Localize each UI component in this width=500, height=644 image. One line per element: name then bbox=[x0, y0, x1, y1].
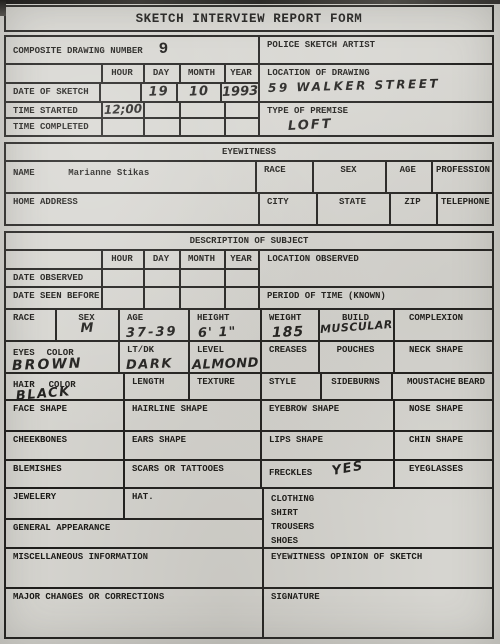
hairline-shape-label: HAIRLINE SHAPE bbox=[125, 401, 260, 415]
ltdk-label: LT/DK bbox=[120, 342, 188, 356]
date-grid-blank-cell bbox=[6, 65, 103, 82]
clothing-item-shoes: SHOES bbox=[264, 534, 492, 548]
race-label: RACE bbox=[6, 310, 55, 324]
style-label: STYLE bbox=[262, 374, 320, 388]
header-section: COMPOSITE DRAWING NUMBER9 POLICE SKETCH … bbox=[4, 35, 494, 137]
cheekbones-label: CHEEKBONES bbox=[6, 432, 123, 446]
eyewitness-age-label: AGE bbox=[387, 162, 431, 176]
time-started-label: TIME STARTED bbox=[6, 103, 101, 117]
subject-section: DESCRIPTION OF SUBJECT HOUR DAY MONTH YE… bbox=[4, 231, 494, 639]
eyewitness-section: EYEWITNESS NAME Marianne Stikas RACE SEX… bbox=[4, 142, 494, 226]
month-header: MONTH bbox=[181, 65, 224, 79]
age-label: AGE bbox=[120, 310, 188, 324]
chin-shape-label: CHIN SHAPE bbox=[395, 432, 492, 446]
description-of-subject-title: DESCRIPTION OF SUBJECT bbox=[190, 236, 309, 247]
complexion-label: COMPLEXION bbox=[395, 310, 492, 324]
subject-hour-header: HOUR bbox=[103, 251, 143, 265]
date-of-sketch-hour-cell bbox=[101, 84, 142, 101]
year-header: YEAR bbox=[226, 65, 258, 79]
observed-date-grid: HOUR DAY MONTH YEAR DATE OBSERVED DATE S… bbox=[6, 251, 260, 308]
major-changes-label: MAJOR CHANGES OR CORRECTIONS bbox=[6, 589, 262, 603]
clothing-label: CLOTHING bbox=[264, 489, 492, 506]
eyewitness-name-cell: NAME Marianne Stikas bbox=[6, 162, 257, 192]
state-label: STATE bbox=[318, 194, 389, 208]
weight-value: 185 bbox=[272, 324, 305, 341]
eyewitness-opinion-label: EYEWITNESS OPINION OF SKETCH bbox=[264, 549, 492, 563]
freckles-value: YES bbox=[331, 459, 365, 479]
eyewitness-section-title: EYEWITNESS bbox=[222, 147, 276, 158]
city-label: CITY bbox=[260, 194, 316, 208]
ears-shape-label: EARS SHAPE bbox=[125, 432, 260, 446]
police-sketch-artist-label: POLICE SKETCH ARTIST bbox=[260, 37, 492, 51]
clothing-cell: CLOTHING SHIRT TROUSERS SHOES bbox=[264, 489, 492, 547]
date-of-sketch-year-value: 1993 bbox=[222, 84, 259, 100]
sideburns-label: SIDEBURNS bbox=[322, 374, 391, 388]
eyewitness-race-label: RACE bbox=[257, 162, 312, 176]
location-observed-label: LOCATION OBSERVED bbox=[260, 251, 492, 265]
creases-label: CREASES bbox=[262, 342, 318, 356]
eyewitness-sex-label: SEX bbox=[314, 162, 384, 176]
row-face: FACE SHAPE HAIRLINE SHAPE EYEBROW SHAPE … bbox=[6, 401, 492, 432]
hour-header: HOUR bbox=[103, 65, 143, 79]
jewelery-label: JEWELERY bbox=[6, 489, 123, 503]
day-header: DAY bbox=[145, 65, 179, 79]
eyewitness-name-label: NAME bbox=[6, 165, 37, 179]
lips-shape-label: LIPS SHAPE bbox=[262, 432, 393, 446]
subject-day-header: DAY bbox=[145, 251, 179, 265]
eyes-color-value: BROWN bbox=[12, 354, 118, 374]
scan-edge-artifact-corner bbox=[0, 0, 6, 16]
clothing-item-shirt: SHIRT bbox=[264, 506, 492, 520]
row-major-changes: MAJOR CHANGES OR CORRECTIONS SIGNATURE bbox=[6, 589, 492, 637]
scars-or-tattooes-label: SCARS OR TATTOOES bbox=[125, 461, 260, 475]
blemishes-label: BLEMISHES bbox=[6, 461, 123, 475]
face-shape-label: FACE SHAPE bbox=[6, 401, 123, 415]
row-miscellaneous: MISCELLANEOUS INFORMATION EYEWITNESS OPI… bbox=[6, 549, 492, 589]
signature-label: SIGNATURE bbox=[264, 589, 492, 603]
type-of-premise-value: LOFT bbox=[288, 116, 333, 133]
eyebrow-shape-label: EYEBROW SHAPE bbox=[262, 401, 393, 415]
date-of-sketch-label: DATE OF SKETCH bbox=[6, 84, 99, 98]
location-of-drawing-label: LOCATION OF DRAWING bbox=[260, 65, 492, 79]
pouches-label: POUCHES bbox=[320, 342, 393, 356]
type-of-premise-cell: TYPE OF PREMISE LOFT bbox=[260, 103, 492, 135]
neck-shape-label: NECK SHAPE bbox=[395, 342, 492, 356]
row-eyes: EYESCOLOR BROWN LT/DKDARK LEVELALMOND CR… bbox=[6, 342, 492, 374]
date-seen-before-label: DATE SEEN BEFORE bbox=[6, 288, 101, 302]
height-label: HEIGHT bbox=[190, 310, 260, 324]
sketch-interview-report-form: SKETCH INTERVIEW REPORT FORM COMPOSITE D… bbox=[0, 0, 500, 644]
location-observed-cell: LOCATION OBSERVED bbox=[260, 251, 492, 288]
telephone-label: TELEPHONE bbox=[438, 194, 492, 208]
beard-label: BEARD bbox=[458, 374, 487, 399]
sex-value: M bbox=[57, 320, 118, 337]
hat-label: HAT. bbox=[125, 489, 262, 503]
moustache-label: MOUSTACHE bbox=[393, 374, 458, 399]
form-title: SKETCH INTERVIEW REPORT FORM bbox=[136, 12, 363, 26]
eyeglasses-label: EYEGLASSES bbox=[395, 461, 492, 475]
subject-month-header: MONTH bbox=[181, 251, 224, 265]
home-address-label: HOME ADDRESS bbox=[6, 194, 258, 208]
period-of-time-label: PERIOD OF TIME (KNOWN) bbox=[260, 288, 492, 302]
composite-drawing-number-cell: COMPOSITE DRAWING NUMBER9 bbox=[6, 37, 260, 63]
scan-edge-artifact-top bbox=[0, 0, 500, 4]
miscellaneous-information-label: MISCELLANEOUS INFORMATION bbox=[6, 549, 262, 563]
weight-label: WEIGHT bbox=[262, 310, 318, 324]
eyewitness-name-value: Marianne Stikas bbox=[46, 163, 151, 179]
level-label: LEVEL bbox=[190, 342, 260, 356]
row-jewelery-general-clothing: JEWELERY HAT. GENERAL APPEARANCE CLOTHIN… bbox=[6, 489, 492, 549]
length-label: LENGTH bbox=[125, 374, 188, 388]
date-of-sketch-day-value: 19 bbox=[142, 84, 176, 100]
texture-label: TEXTURE bbox=[190, 374, 260, 388]
composite-drawing-number-value: 9 bbox=[159, 40, 169, 58]
age-value: 37-39 bbox=[126, 324, 178, 341]
eyewitness-profession-label: PROFESSION bbox=[433, 162, 492, 176]
freckles-label: FRECKLES bbox=[262, 465, 314, 479]
sketch-date-grid: HOUR DAY MONTH YEAR DATE OF SKETCH 19 10… bbox=[6, 65, 260, 135]
date-observed-label: DATE OBSERVED bbox=[6, 270, 101, 284]
date-of-sketch-month-value: 10 bbox=[177, 84, 220, 100]
time-completed-label: TIME COMPLETED bbox=[6, 119, 101, 133]
row-blemishes: BLEMISHES SCARS OR TATTOOES FRECKLES YES… bbox=[6, 461, 492, 489]
police-sketch-artist-cell: POLICE SKETCH ARTIST bbox=[260, 37, 492, 63]
zip-label: ZIP bbox=[391, 194, 436, 208]
location-of-drawing-value: 59 WALKER STREET bbox=[268, 76, 440, 95]
nose-shape-label: NOSE SHAPE bbox=[395, 401, 492, 415]
subject-year-header: YEAR bbox=[226, 251, 258, 265]
form-title-box: SKETCH INTERVIEW REPORT FORM bbox=[4, 5, 494, 32]
clothing-item-trousers: TROUSERS bbox=[264, 520, 492, 534]
composite-drawing-number-label: COMPOSITE DRAWING NUMBER bbox=[6, 43, 145, 57]
location-of-drawing-cell: LOCATION OF DRAWING 59 WALKER STREET bbox=[260, 65, 492, 103]
height-value: 6' 1" bbox=[198, 324, 237, 340]
row-race: RACE SEXM AGE37-39 HEIGHT6' 1" WEIGHT185… bbox=[6, 310, 492, 342]
row-hair: HAIRCOLOR BLACK LENGTH TEXTURE STYLE SID… bbox=[6, 374, 492, 401]
general-appearance-label: GENERAL APPEARANCE bbox=[6, 520, 262, 534]
row-cheekbones: CHEEKBONES EARS SHAPE LIPS SHAPE CHIN SH… bbox=[6, 432, 492, 461]
time-started-hour-value: 12;00 bbox=[103, 102, 143, 117]
ltdk-value: DARK bbox=[126, 356, 173, 373]
period-of-time-cell: PERIOD OF TIME (KNOWN) bbox=[260, 288, 492, 308]
level-value: ALMOND bbox=[192, 355, 259, 372]
type-of-premise-label: TYPE OF PREMISE bbox=[260, 103, 492, 117]
